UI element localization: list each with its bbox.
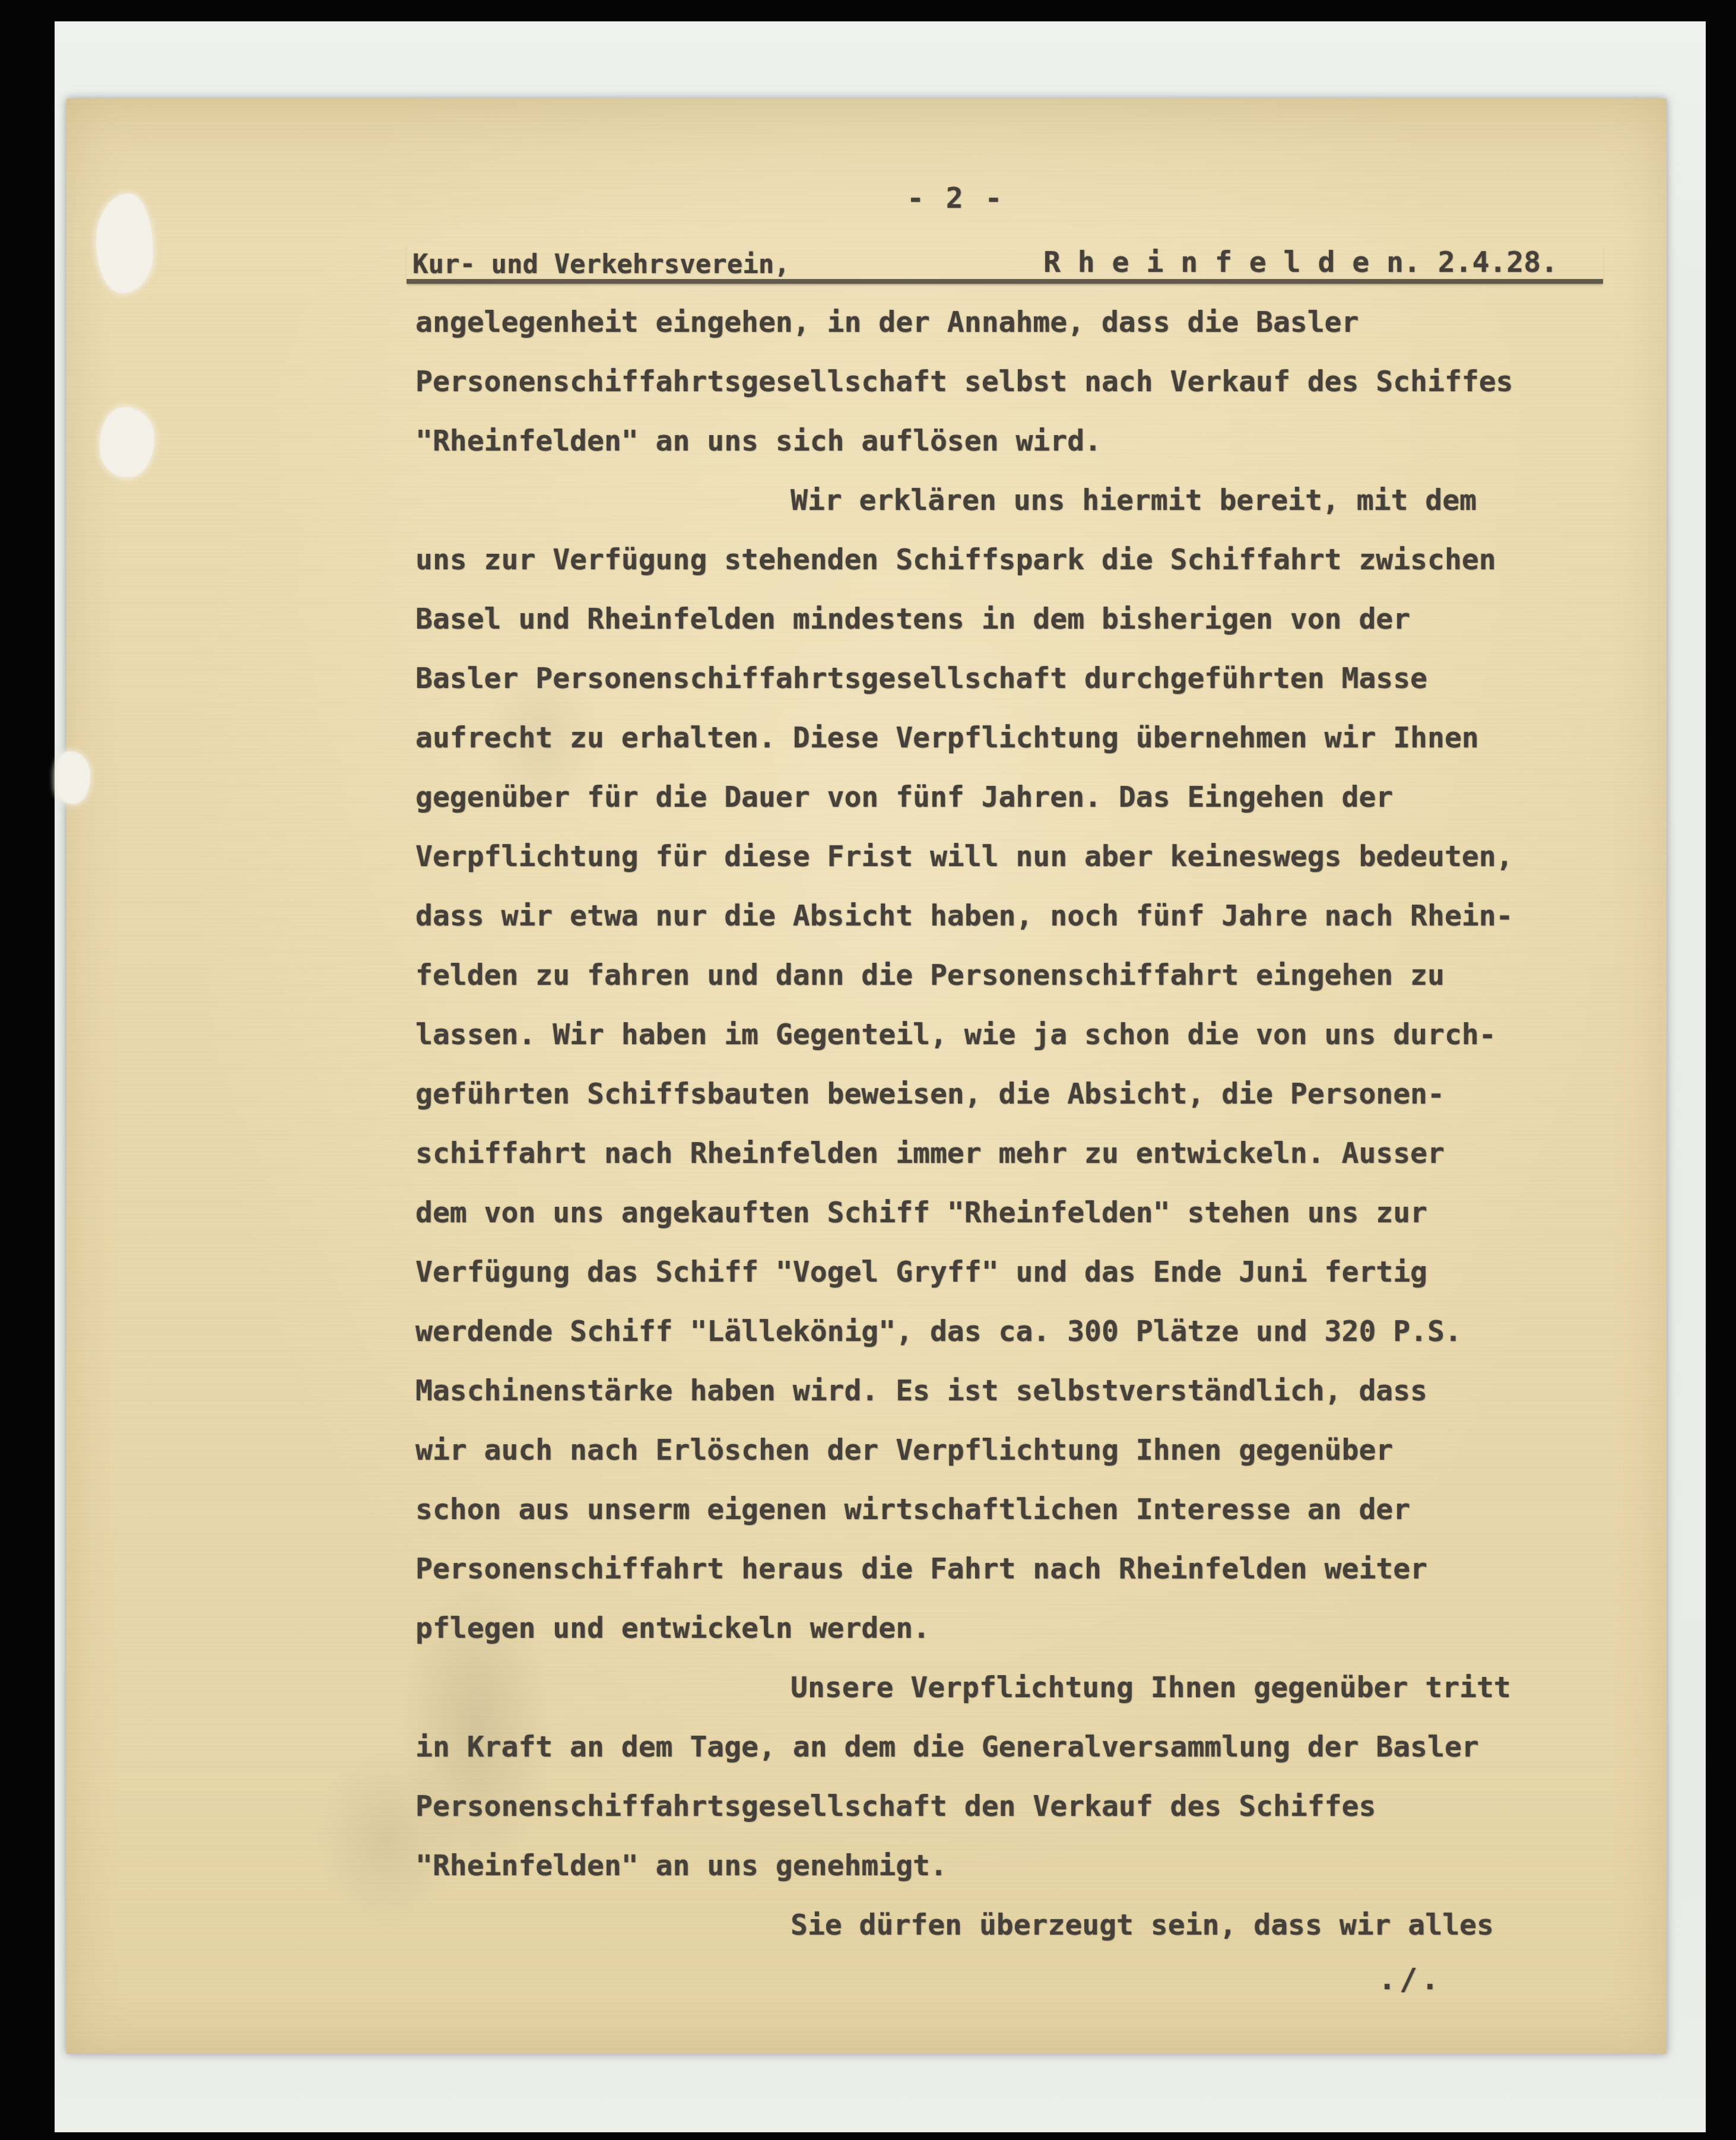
typed-line: gegenüber für die Dauer von fünf Jahren.… [415,781,1393,814]
typed-line: Basel und Rheinfelden mindestens in dem … [415,603,1410,636]
typed-line: Maschinenstärke haben wird. Es ist selbs… [415,1374,1427,1407]
typed-line: lassen. Wir haben im Gegenteil, wie ja s… [415,1018,1496,1051]
typed-line: Wir erklären uns hiermit bereit, mit dem [415,484,1477,517]
continuation-mark: ./. [1378,1962,1442,1996]
typed-line: schiffahrt nach Rheinfelden immer mehr z… [415,1137,1445,1170]
scanned-document-page: - 2 - Kur- und Verkehrsverein, R h e i n… [0,0,1736,2140]
typed-line: dass wir etwa nur die Absicht haben, noc… [415,899,1513,933]
typed-line: angelegenheit eingehen, in der Annahme, … [415,306,1359,339]
typed-line: dem von uns angekauften Schiff "Rheinfel… [415,1196,1427,1229]
typed-line: Personenschiffahrtsgesellschaft selbst n… [415,365,1513,398]
typed-line: wir auch nach Erlöschen der Verpflichtun… [415,1434,1393,1467]
typed-line: felden zu fahren und dann die Personensc… [415,959,1445,992]
letter-body: angelegenheit eingehen, in der Annahme, … [66,99,1667,2054]
letter-page: - 2 - Kur- und Verkehrsverein, R h e i n… [66,99,1667,2054]
typed-line: Personenschiffahrtsgesellschaft den Verk… [415,1790,1376,1823]
typed-line: Personenschiffahrt heraus die Fahrt nach… [415,1552,1427,1586]
typed-line: Sie dürfen überzeugt sein, dass wir alle… [415,1908,1494,1942]
typed-line: in Kraft an dem Tage, an dem die General… [415,1730,1479,1764]
typed-line: "Rheinfelden" an uns sich auflösen wird. [415,424,1102,458]
typed-line: Verfügung das Schiff "Vogel Gryff" und d… [415,1256,1427,1289]
typed-line: "Rheinfelden" an uns genehmigt. [415,1849,947,1882]
typed-line: pflegen und entwickeln werden. [415,1612,930,1645]
typed-line: geführten Schiffsbauten beweisen, die Ab… [415,1077,1445,1111]
typed-line: aufrecht zu erhalten. Diese Verpflichtun… [415,721,1479,754]
typed-line: schon aus unserm eigenen wirtschaftliche… [415,1493,1410,1526]
typed-line: Verpflichtung für diese Frist will nun a… [415,840,1513,873]
typed-line: uns zur Verfügung stehenden Schiffspark … [415,543,1496,576]
typed-line: Basler Personenschiffahrtsgesellschaft d… [415,662,1427,695]
typed-line: Unsere Verpflichtung Ihnen gegenüber tri… [415,1671,1511,1704]
typed-line: werdende Schiff "Lällekönig", das ca. 30… [415,1315,1462,1348]
